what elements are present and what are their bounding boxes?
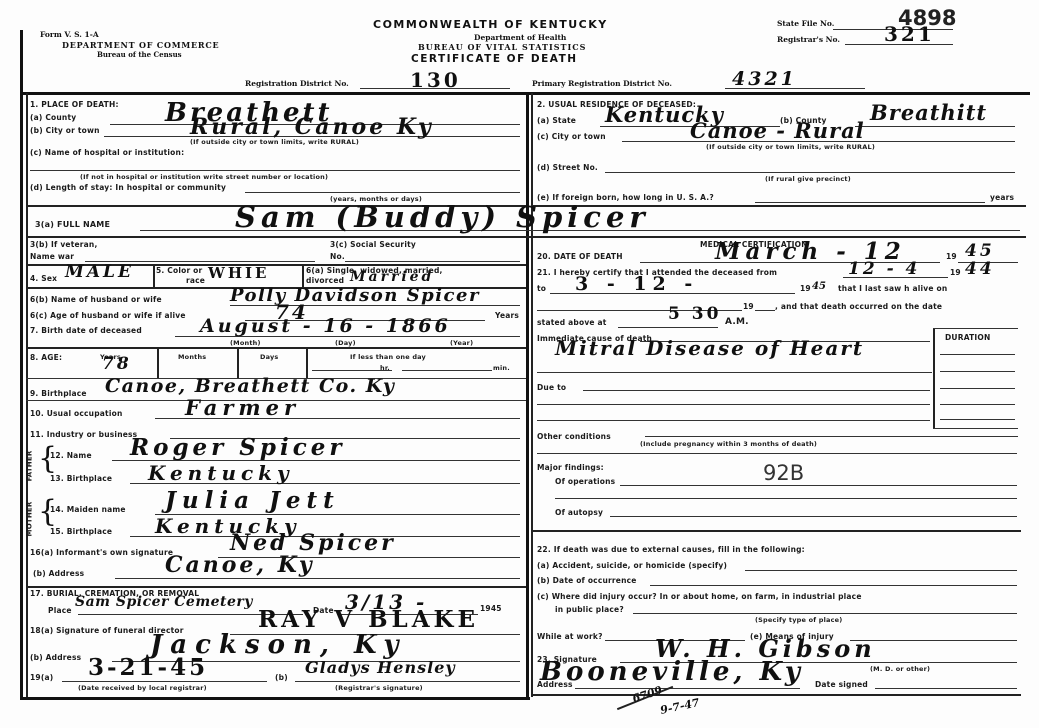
department-commerce: DEPARTMENT OF COMMERCE <box>62 40 219 50</box>
veteran-label: 3(b) If veteran, <box>30 240 98 249</box>
duration-label: DURATION <box>945 333 990 342</box>
pod-stay-label: (d) Length of stay: In hospital or commu… <box>30 183 226 192</box>
father-name-label: 12. Name <box>50 451 92 460</box>
birth-date-label: 7. Birth date of deceased <box>30 326 142 335</box>
death-occurred-text: , and that death occurred on the date <box>775 302 942 311</box>
informant-addr-label: (b) Address <box>33 569 84 578</box>
md-hint: (M. D. or other) <box>870 665 930 673</box>
center-divider <box>526 93 529 697</box>
burial-place-value: Sam Spicer Cemetery <box>75 594 253 610</box>
top-border <box>20 92 1030 95</box>
color-label-1: 5. Color or <box>156 266 202 275</box>
dod-year-value: 45 <box>965 241 995 261</box>
reg-district-label: Registration District No. <box>245 79 349 88</box>
time-value: 5 30 <box>668 304 721 324</box>
color-value: WHIE <box>208 264 269 282</box>
occupation-label: 10. Usual occupation <box>30 409 123 418</box>
reg-district-value: 130 <box>410 68 461 92</box>
attended-to-year-value: 45 <box>812 281 826 292</box>
age-hr-label: hr. <box>380 364 390 372</box>
pod-city-hint: (If outside city or town limits, write R… <box>190 138 359 146</box>
bureau-vital-stats: BUREAU OF VITAL STATISTICS <box>418 42 586 52</box>
time-suffix: A.M. <box>725 317 749 327</box>
sex-label: 4. Sex <box>30 274 57 283</box>
res-street-label: (d) Street No. <box>537 163 598 172</box>
state-file-label: State File No. <box>777 19 834 28</box>
color-label-2: race <box>186 276 205 285</box>
father-birthplace-value: Kentucky <box>148 461 294 485</box>
war-label: Name war <box>30 252 74 261</box>
autopsy-label: Of autopsy <box>555 508 603 517</box>
res-state-label: (a) State <box>537 116 576 125</box>
res-city-hint: (If outside city or town limits, write R… <box>706 143 875 151</box>
father-birthplace-label: 13. Birthplace <box>50 474 112 483</box>
mother-birthplace-label: 15. Birthplace <box>50 527 112 536</box>
registrar-sig-hint: (Registrar's signature) <box>335 684 423 692</box>
mother-side-label: MOTHER <box>25 502 33 537</box>
commonwealth-title: COMMONWEALTH OF KENTUCKY <box>373 18 608 31</box>
age-lt-day-label: If less than one day <box>350 353 426 361</box>
birth-year-hint: (Year) <box>450 339 473 347</box>
spouse-age-label: 6(c) Age of husband or wife if alive <box>30 311 186 320</box>
operations-label: Of operations <box>555 477 615 486</box>
date-received-label: 19(a) <box>30 673 53 682</box>
where-label: (c) Where did injury occur? In or about … <box>537 592 862 601</box>
pod-hospital-hint: (If not in hospital or institution write… <box>80 173 328 181</box>
res-foreign-suffix: years <box>990 193 1014 202</box>
spouse-age-suffix: Years <box>495 311 519 320</box>
registrar-sig-value: Gladys Hensley <box>305 658 456 677</box>
primary-reg-value: 4321 <box>732 68 797 90</box>
duration-box-left <box>933 328 935 428</box>
age-years-value: 78 <box>102 354 132 374</box>
other-conditions-label: Other conditions <box>537 432 611 441</box>
marital-value: Married <box>350 269 434 285</box>
ss-no-label: No. <box>330 252 345 261</box>
date-signed-label: Date signed <box>815 680 868 689</box>
registrar-no-label: Registrar's No. <box>777 35 840 44</box>
pod-county-label: (a) County <box>30 113 76 122</box>
place-of-death-label: 1. PLACE OF DEATH: <box>30 100 119 109</box>
mother-name-value: Julia Jett <box>165 487 340 514</box>
dod-year-prefix: 19 <box>946 252 957 261</box>
operations-value: 92B <box>763 461 804 485</box>
at-work-label: While at work? <box>537 632 603 641</box>
immediate-cause-value: Mitral Disease of Heart <box>555 336 864 360</box>
certificate-title: CERTIFICATE OF DEATH <box>411 53 578 65</box>
due-to-label: Due to <box>537 383 566 392</box>
registrar-sig-label: (b) <box>275 673 288 682</box>
pod-hospital-label: (c) Name of hospital or institution: <box>30 148 184 157</box>
date-received-value: 3-21-45 <box>88 654 208 681</box>
attended-from-year-value: 44 <box>965 259 995 279</box>
specify-hint: (Specify type of place) <box>755 616 842 624</box>
date-received-hint: (Date received by local registrar) <box>78 684 207 692</box>
last-saw-text: that I last saw h alive on <box>838 284 947 293</box>
spouse-value: Polly Davidson Spicer <box>230 285 480 306</box>
pod-city-value: Rural, Canoe Ky <box>190 114 434 140</box>
father-side-label: FATHER <box>25 451 33 482</box>
major-findings-label: Major findings: <box>537 463 604 472</box>
public-place-label: in public place? <box>555 605 624 614</box>
age-months-label: Months <box>178 353 206 361</box>
res-city-value: Canoe - Rural <box>690 118 865 143</box>
informant-sig-label: 16(a) Informant's own signature <box>30 548 173 557</box>
registrar-no-value: 321 <box>884 22 935 46</box>
spouse-label: 6(b) Name of husband or wife <box>30 295 162 304</box>
burial-place-label: Place <box>48 606 72 615</box>
birth-day-hint: (Day) <box>335 339 356 347</box>
age-days-label: Days <box>260 353 279 361</box>
occupation-value: Farmer <box>185 395 300 420</box>
funeral-dir-value: RAY V BLAKE <box>258 606 479 633</box>
dod-label: 20. DATE OF DEATH <box>537 252 623 261</box>
attended-to-value: 3 - 12 - <box>575 273 698 295</box>
res-county-value: Breathitt <box>870 100 987 125</box>
age-label: 8. AGE: <box>30 353 62 362</box>
sex-value: MALE <box>65 262 134 282</box>
dept-health: Department of Health <box>474 33 566 42</box>
birth-month-hint: (Month) <box>230 339 261 347</box>
primary-reg-label: Primary Registration District No. <box>532 79 672 88</box>
burial-date-year: 1945 <box>480 604 502 613</box>
left-bottom-border <box>20 697 530 700</box>
birth-date-value: August - 16 - 1866 <box>200 315 451 337</box>
mother-name-label: 14. Maiden name <box>50 505 126 514</box>
father-name-value: Roger Spicer <box>130 434 345 461</box>
res-city-label: (c) City or town <box>537 132 606 141</box>
left-inner-border <box>26 93 28 697</box>
stated-above-label: stated above at <box>537 318 607 327</box>
res-street-hint: (If rural give precinct) <box>765 175 851 183</box>
birthplace-label: 9. Birthplace <box>30 389 87 398</box>
form-number: Form V. S. 1-A <box>40 30 99 39</box>
bureau-census: Bureau of the Census <box>97 50 182 59</box>
death-occurred-prefix: 19 <box>743 302 754 311</box>
other-conditions-hint: (Include pregnancy within 3 months of de… <box>640 440 817 448</box>
ref-date: 9-7-47 <box>659 696 701 717</box>
pod-city-label: (b) City or town <box>30 126 100 135</box>
occurrence-label: (b) Date of occurrence <box>537 576 637 585</box>
full-name-label: 3(a) FULL NAME <box>35 220 110 229</box>
informant-addr-value: Canoe, Ky <box>165 552 315 578</box>
ss-label: 3(c) Social Security <box>330 240 416 249</box>
external-label: 22. If death was due to external causes,… <box>537 545 805 554</box>
age-min-label: min. <box>493 364 510 372</box>
full-name-value: Sam (Buddy) Spicer <box>235 200 650 234</box>
attended-from-value: 12 - 4 <box>848 259 920 279</box>
to-label: to <box>537 284 546 293</box>
industry-label: 11. Industry or business <box>30 430 137 439</box>
funeral-addr-label: (b) Address <box>30 653 81 662</box>
attended-from-year-prefix: 19 <box>950 268 961 277</box>
attended-to-year-prefix: 19 <box>800 284 811 293</box>
certifier-addr-value: Booneville, Ky <box>540 657 804 687</box>
birthplace-value: Canoe, Breathett Co. Ky <box>105 375 395 397</box>
accident-label: (a) Accident, suicide, or homicide (spec… <box>537 561 727 570</box>
left-border <box>20 30 23 700</box>
center-divider-inner <box>531 93 533 697</box>
marital-label-2: divorced <box>306 276 344 285</box>
